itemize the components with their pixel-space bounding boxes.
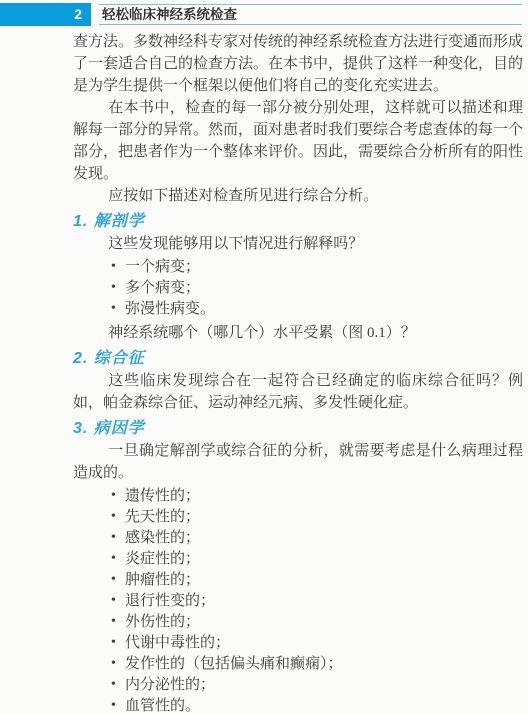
bullet-text: 退行性变的；	[125, 593, 215, 609]
paragraph: 神经系统哪个（哪几个）水平受累（图 0.1）？	[73, 322, 523, 344]
bullet-icon: •	[111, 653, 116, 674]
bullet-icon: •	[111, 506, 116, 527]
bullet-text: 发作性的（包括偏头痛和癫痫）；	[125, 656, 343, 672]
bullet-item: •炎症性的；	[73, 549, 523, 570]
bullet-text: 弥漫性病变。	[125, 301, 215, 317]
bullet-icon: •	[111, 548, 116, 569]
bullet-item: •内分泌性的；	[73, 675, 523, 696]
paragraph: 应按如下描述对检查所见进行综合分析。	[73, 185, 523, 207]
bullet-text: 一个病变；	[125, 259, 200, 275]
bullet-item: •代谢中毒性的；	[73, 633, 523, 654]
bullet-text: 外伤性的；	[125, 614, 200, 630]
running-title-bar: 轻松临床神经系统检查	[99, 4, 522, 25]
bullet-icon: •	[111, 485, 116, 506]
paragraph: 在本书中，检查的每一部分被分别处理，这样就可以描述和理解每一部分的异常。然而，面…	[73, 97, 523, 185]
section-heading: 3. 病因学	[73, 420, 523, 438]
page-body: 查方法。多数神经科专家对传统的神经系统检查方法进行变通而形成了一套适合自己的检查…	[73, 31, 523, 714]
bullet-icon: •	[111, 256, 116, 277]
bullet-icon: •	[111, 695, 116, 714]
page-number-badge: 2	[0, 3, 91, 26]
bullet-item: •感染性的；	[73, 528, 523, 549]
bullet-icon: •	[111, 632, 116, 653]
bullet-text: 血管性的。	[125, 698, 200, 714]
bullet-text: 多个病变；	[125, 280, 200, 296]
bullet-item: •退行性变的；	[73, 591, 523, 612]
paragraph: 这些临床发现综合在一起符合已经确定的临床综合征吗？例如，帕金森综合征、运动神经元…	[73, 370, 523, 414]
bullet-text: 肿瘤性的；	[125, 572, 200, 588]
bullet-icon: •	[111, 590, 116, 611]
bullet-list: •一个病变；•多个病变；•弥漫性病变。	[73, 257, 523, 320]
bullet-text: 代谢中毒性的；	[125, 635, 230, 651]
bullet-item: •先天性的；	[73, 507, 523, 528]
running-title: 轻松临床神经系统检查	[102, 7, 237, 22]
bullet-item: •多个病变；	[73, 278, 523, 299]
bullet-list: •遗传性的；•先天性的；•感染性的；•炎症性的；•肿瘤性的；•退行性变的；•外伤…	[73, 486, 523, 714]
bullet-icon: •	[111, 527, 116, 548]
book-page: { "header": { "page_number": "2", "runni…	[0, 0, 528, 714]
bullet-item: •遗传性的；	[73, 486, 523, 507]
section-heading: 1. 解剖学	[73, 213, 523, 231]
section-heading: 2. 综合征	[73, 350, 523, 368]
bullet-item: •一个病变；	[73, 257, 523, 278]
paragraph: 这些发现能够用以下情况进行解释吗？	[73, 233, 523, 255]
page-number: 2	[74, 6, 82, 22]
paragraph: 一旦确定解剖学或综合征的分析，就需要考虑是什么病理过程造成的。	[73, 440, 523, 484]
bullet-icon: •	[111, 674, 116, 695]
bullet-icon: •	[111, 277, 116, 298]
bullet-item: •弥漫性病变。	[73, 299, 523, 320]
bullet-text: 感染性的；	[125, 530, 200, 546]
bullet-item: •肿瘤性的；	[73, 570, 523, 591]
bullet-icon: •	[111, 569, 116, 590]
bullet-icon: •	[111, 298, 116, 319]
bullet-item: •外伤性的；	[73, 612, 523, 633]
bullet-text: 炎症性的；	[125, 551, 200, 567]
paragraph: 查方法。多数神经科专家对传统的神经系统检查方法进行变通而形成了一套适合自己的检查…	[73, 31, 523, 97]
bullet-item: •血管性的。	[73, 696, 523, 714]
bullet-text: 内分泌性的；	[125, 677, 215, 693]
bullet-item: •发作性的（包括偏头痛和癫痫）；	[73, 654, 523, 675]
bullet-text: 遗传性的；	[125, 488, 200, 504]
bullet-text: 先天性的；	[125, 509, 200, 525]
bullet-icon: •	[111, 611, 116, 632]
